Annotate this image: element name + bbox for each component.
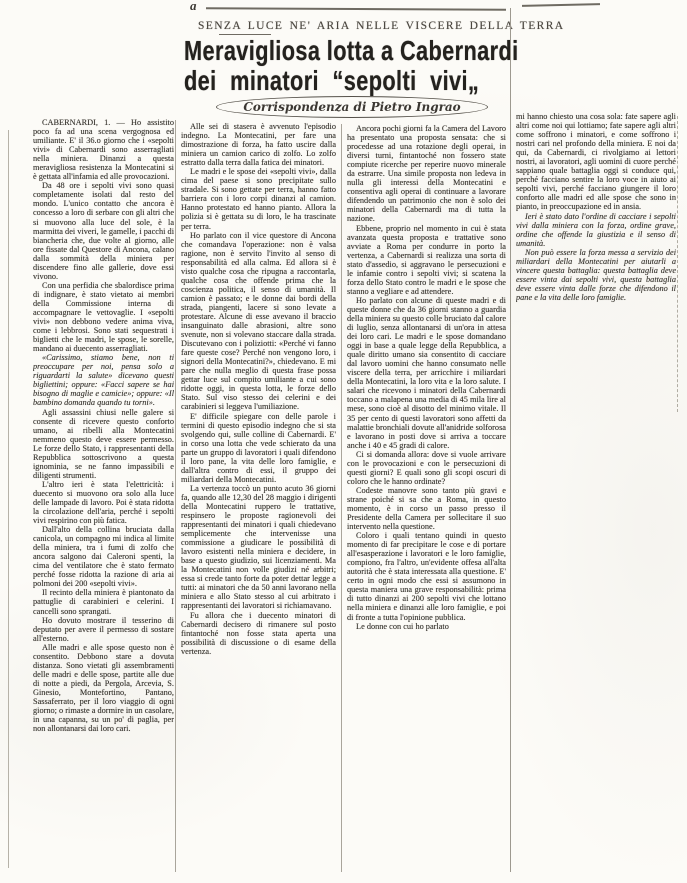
article-paragraph: L'altro ieri è stata l'elettricità: i du… <box>33 480 174 525</box>
byline: Corrispondenza di Pietro Ingrao <box>216 96 488 118</box>
article-paragraph: Ho parlato con il vice questore di Ancon… <box>181 231 336 412</box>
article-paragraph: Ebbene, proprio nel momento in cui è sta… <box>347 224 506 296</box>
clipping-left-edge-rule <box>8 130 9 868</box>
headline-line1: Meravigliosa lotta a Cabernardi <box>184 36 516 66</box>
byline-text: Corrispondenza di Pietro Ingrao <box>243 100 460 114</box>
column-separator-2 <box>341 124 342 872</box>
article-paragraph: Il recinto della miniera è piantonato da… <box>33 588 174 615</box>
article-paragraph: La vertenza toccò un punto acuto 36 gior… <box>181 484 336 611</box>
article-paragraph: Ho parlato con alcune di queste madri e … <box>347 296 506 450</box>
article-paragraph: Ieri è stato dato l'ordine di cacciare i… <box>516 212 676 248</box>
article-paragraph: E' difficile spiegare con delle parole i… <box>181 412 336 484</box>
article-paragraph: Alle sei di stasera è avvenuto l'episodi… <box>181 122 336 167</box>
article-column-3: Ancora pochi giorni fa la Camera del Lav… <box>347 124 506 881</box>
article-paragraph: Le donne con cui ho parlato <box>347 622 506 631</box>
article-column-2: Alle sei di stasera è avvenuto l'episodi… <box>181 122 336 881</box>
article-paragraph: Ho dovuto mostrare il tesserino di deput… <box>33 616 174 643</box>
headline-line2: dei minatori “sepolti vivi„ <box>184 66 516 96</box>
article-paragraph: Ancora pochi giorni fa la Camera del Lav… <box>347 124 506 224</box>
article-column-4: mi hanno chiesto una cosa sola: fate sap… <box>516 112 676 424</box>
column-separator-1 <box>175 120 176 872</box>
headline: Meravigliosa lotta a Cabernardi dei mina… <box>184 36 516 96</box>
article-paragraph: mi hanno chiesto una cosa sola: fate sap… <box>516 112 676 212</box>
top-rule-right <box>522 3 600 7</box>
article-paragraph: Da 48 ore i sepolti vivi sono quasi comp… <box>33 181 174 281</box>
article-paragraph: Le madri e le spose dei «sepolti vivi», … <box>181 167 336 230</box>
article-paragraph: Ci si domanda allora: dove si vuole arri… <box>347 450 506 486</box>
article-paragraph: Alle madri e alle spose questo non è con… <box>33 643 174 733</box>
article-paragraph: Coloro i quali tentano quindi in questo … <box>347 531 506 621</box>
article-paragraph: CABERNARDI, 1. — Ho assistito poco fa ad… <box>33 118 174 181</box>
article-paragraph: Codeste manovre sono tanto più gravi e s… <box>347 486 506 531</box>
top-rule-left <box>206 7 506 11</box>
article-column-1: CABERNARDI, 1. — Ho assistito poco fa ad… <box>33 118 174 878</box>
clipping-right-edge-rule <box>677 116 679 412</box>
article-paragraph: Fu allora che i duecento minatori di Cab… <box>181 611 336 656</box>
article-paragraph: Con una perfidia che sbalordisce prima d… <box>33 281 174 353</box>
article-paragraph: Non può essere la forza messa a servizio… <box>516 248 676 302</box>
article-paragraph: «Carissimo, stiamo bene, non ti preoccup… <box>33 353 174 407</box>
article-paragraph: Dall'alto della collina bruciata dalla c… <box>33 525 174 588</box>
newspaper-clipping: a SENZA LUCE NE' ARIA NELLE VISCERE DELL… <box>0 0 687 883</box>
column-separator-3 <box>510 8 511 872</box>
article-paragraph: Agli assassini chiusi nelle galere si co… <box>33 408 174 480</box>
kicker: SENZA LUCE NE' ARIA NELLE VISCERE DELLA … <box>198 20 513 32</box>
